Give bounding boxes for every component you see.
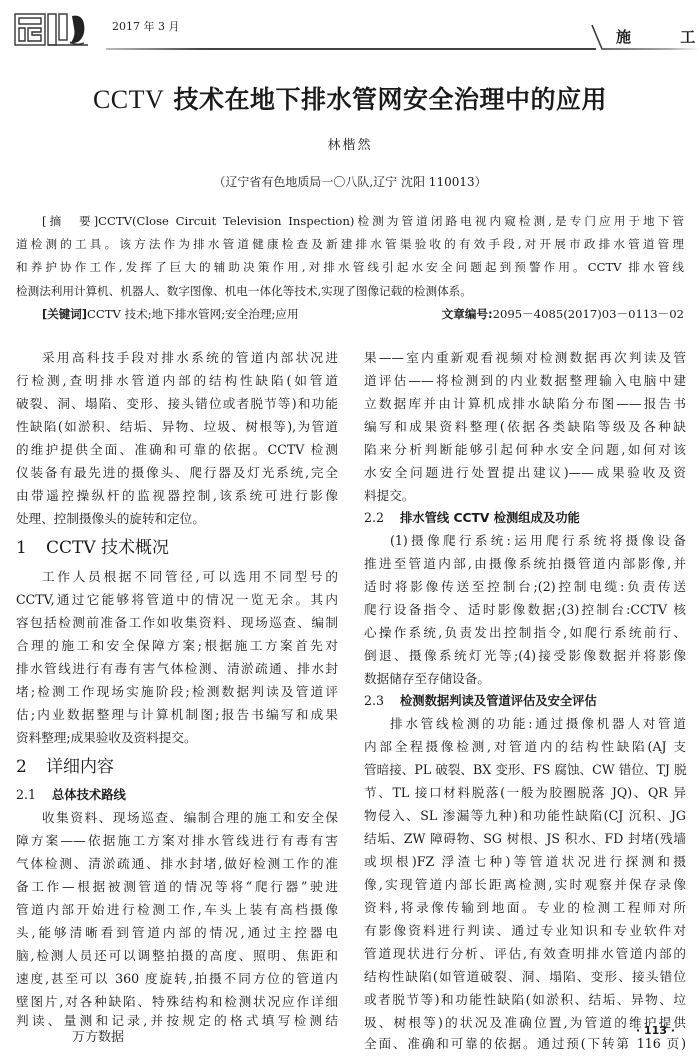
paragraph-line: 工作人员根据不同管径,可以选用不同型号的 [16,566,338,588]
keywords: CCTV 技术;地下排水管网;安全治理;应用 [87,307,299,321]
paragraph-line: 编写和成果资料整理(依据各类缺陷等级及各种缺 [364,416,686,438]
paragraph-line: 资料,将录像传输到地面。专业的检测工程师对所 [364,897,686,919]
paragraph-line: 气体检测、清淤疏通、排水封堵,做好检测工作的准 [16,853,338,875]
page-number: · 113 · [636,1024,675,1037]
journal-logo-icon [14,12,110,48]
article-title: CCTV 技术在地下排水管网安全治理中的应用 [0,80,700,116]
paragraph-line: 头,能够清晰看到管道内部的情况,通过主控器电 [16,922,338,944]
paragraph-line: 合理的施工和安全保障方案;根据施工方案首先对 [16,635,338,657]
abstract-line: 和养护协作工作,发挥了巨大的辅助决策作用,对排水管线引起水安全问题起到预警作用。… [16,260,684,275]
paragraph-line: 料提交。 [364,485,686,507]
section-heading-2-2: 2.2排水管线 CCTV 检测组成及功能 [364,507,580,529]
paragraph-line: 物侵入、SL 渗漏等九种)和功能性缺陷(CJ 沉积、JG [364,805,686,827]
paragraph-line: 行检测,查明排水管道内部的结构性缺陷(如管道 [16,370,338,392]
paragraph-line: 资料整理;成果验收及资料提交。 [16,727,338,749]
section-heading-1: 1CCTV 技术概况 [16,535,169,561]
paragraph-line: 适时将影像传送至控制台;(2)控制电缆:负责传送 [364,576,686,598]
author-affiliation: （辽宁省有色地质局一〇八队,辽宁 沈阳 110013） [0,173,700,190]
paragraph-line: 或者脱节等)和功能性缺陷(如淤积、结垢、异物、垃 [364,989,686,1011]
paragraph-line: 容包括检测前准备工作如收集资料、现场巡查、编制 [16,612,338,634]
header-rule [106,48,594,50]
paragraph-line: (1)摄像爬行系统:运用爬行系统将摄像设备 [364,530,686,552]
article-number-label: 文章编号: [442,307,493,321]
paragraph-line: 水安全问题进行处置提出建议)——成果验收及资 [364,462,686,484]
paragraph-line: 心操作系统,负责发出控制指令,如爬行系统前行、 [364,622,686,644]
abstract-line: [摘 要]CCTV(Close Circuit Television Inspe… [42,214,684,229]
paragraph-line: 采用高科技手段对排水系统的管道内部状况进 [16,347,338,369]
journal-logo [14,12,110,48]
paragraph-line: 爬行设备指令、适时影像数据;(3)控制台:CCTV 核 [364,599,686,621]
section-label: 施 工 [616,26,700,47]
article-title-cjk: 技术在地下排水管网安全治理中的应用 [174,85,608,114]
article-title-latin: CCTV [93,85,164,114]
paragraph-line: 节、TL 接口材料脱落(一般为胶圈脱落 JQ)、QR 异 [364,782,686,804]
abstract-label: [摘 要] [42,214,98,228]
paragraph-line: 堵;检测工作现场实施阶段;检测数据判读及管道评 [16,681,338,703]
paragraph-line: 由带遥控操纵杆的监视器控制,该系统可进行影像 [16,485,338,507]
paragraph-line: 像,实现管道内部长距离检测,实时观察并保存录像 [364,874,686,896]
paragraph-line: 有影像资料进行判读、通过专业知识和专业软件对 [364,920,686,942]
keywords-row: [关键词]CCTV 技术;地下排水管网;安全治理;应用 文章编号:2095－40… [42,307,684,322]
paragraph-line: 收集资料、现场巡查、编制合理的施工和安全保 [16,807,338,829]
paragraph-line: 估;内业数据整理与计算机制图;报告书编写和成果 [16,704,338,726]
abstract-line: 道检测的工具。该方法作为排水管道健康检查及新建排水管渠验收的有效手段,对开展市政… [16,237,684,252]
paragraph-line: 判读、量测和记录,并按规定的格式填写检测结 [16,1010,338,1032]
paragraph-line: 结垢、ZW 障碍物、SG 树根、JS 积水、FD 封堵(残墙 [364,828,686,850]
paragraph-line: 备工作—根据被测管道的情况等将“爬行器”驶进 [16,876,338,898]
paragraph-line: 排水管线检测的功能:通过摄像机器人对管道 [364,713,686,735]
paragraph-line: 数据储存至存储设备。 [364,668,686,690]
paragraph-line: 管道现状进行分析、评估,有效查明排水管道内部的 [364,943,686,965]
paragraph-line: 脑,检测人员还可以调整拍摄的高度、照明、焦距和 [16,945,338,967]
section-heading-2: 2详细内容 [16,754,114,780]
paragraph-line: 道评估——将检测到的内业数据整理输入电脑中建 [364,370,686,392]
section-heading-2-3: 2.3检测数据判读及管道评估及安全评估 [364,690,597,712]
paragraph-line: 陷来分析判断能够引起何种水安全问题,如何对该 [364,439,686,461]
paragraph-line: CCTV,通过它能够将管道中的情况一览无余。其内 [16,589,338,611]
paragraph-line: 或坝根)FZ 浮渣七种)等管道状况进行探测和摄 [364,851,686,873]
issue-date: 2017 年 3 月 [112,18,179,34]
paragraph-line: 破裂、洞、塌陷、变形、接头错位或者脱节等)和功能 [16,393,338,415]
paragraph-line: 推进至管道内部,由摄像系统拍摄管道内部影像,并 [364,553,686,575]
paragraph-line: 的维护提供全面、准确和可靠的依据。CCTV 检测 [16,439,338,461]
paragraph-line: 结构性缺陷(如管道破裂、洞、塌陷、变形、接头错位 [364,966,686,988]
watermark: 万方数据 [72,1026,124,1045]
paragraph-line: 管暗接、PL 破裂、BX 变形、FS 腐蚀、CW 错位、TJ 脱 [364,759,686,781]
paragraph-line: 障方案——依据施工方案对排水管线进行有毒有害 [16,830,338,852]
paragraph-line: 处理、控制摄像头的旋转和定位。 [16,508,338,530]
abstract-line: 检测法利用计算机、机器人、数字图像、机电一体化等技术,实现了图像记载的检测体系。 [16,284,684,299]
article-number: 文章编号:2095－4085(2017)03－0113－02 [442,307,684,322]
paragraph-line: 倒退、摄像系统灯光等;(4)接受影像数据并将影像 [364,645,686,667]
paragraph-line: 果——室内重新观看视频对检测数据再次判读及管 [364,347,686,369]
author-name: 林楷然 [0,134,700,153]
paragraph-line: 仪装备有最先进的摄像头、爬行器及灯光系统,完全 [16,462,338,484]
article-number-value: 2095－4085(2017)03－0113－02 [493,307,684,321]
paragraph-line: 排水管线进行有毒有害气体检测、清淤疏通、排水封 [16,658,338,680]
keywords-label: [关键词] [42,307,87,321]
paragraph-line: 性缺陷(如淤积、结垢、异物、垃圾、树根等),为管道 [16,416,338,438]
paragraph-line: 速度,甚至可以 360 度旋转,拍摄不同方位的管道内 [16,968,338,990]
section-heading-2-1: 2.1总体技术路线 [16,784,126,806]
paragraph-line: 内部全程摄像检测,对管道内的结构性缺陷(AJ 支 [364,736,686,758]
paragraph-line: 管道内部开始进行检测工作,车头上装有高档摄像 [16,899,338,921]
paragraph-line: 立数据库并由计算机成排水缺陷分布图——报告书 [364,393,686,415]
